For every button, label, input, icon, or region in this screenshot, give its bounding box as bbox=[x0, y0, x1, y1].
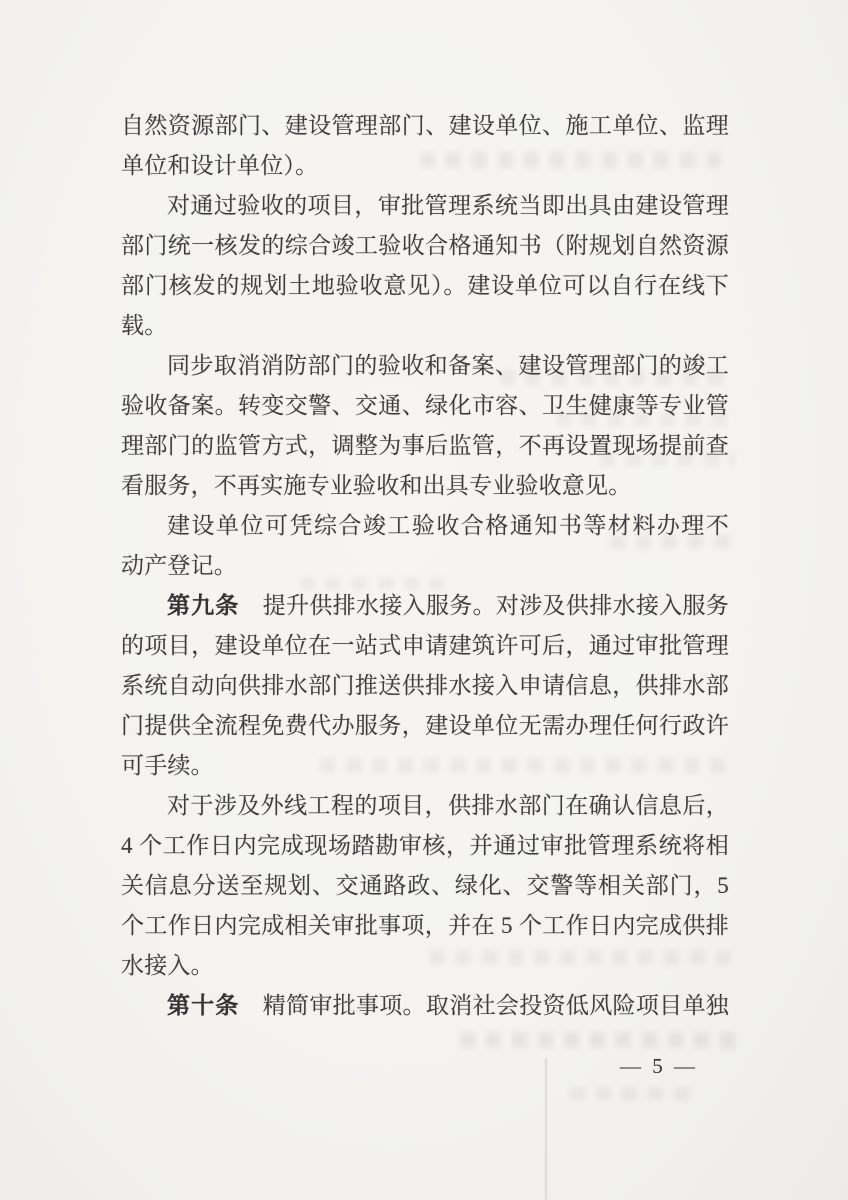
document-line: 同步取消消防部门的验收和备案、建设管理部门的竣工 bbox=[121, 346, 729, 386]
document-line: 载。 bbox=[121, 306, 729, 346]
document-line: 动产登记。 bbox=[121, 546, 729, 586]
scanned-document-page: 自然资源部门、建设管理部门、建设单位、施工单位、监理单位和设计单位）。对通过验收… bbox=[0, 0, 848, 1200]
document-line: 水接入。 bbox=[121, 946, 729, 986]
document-body: 自然资源部门、建设管理部门、建设单位、施工单位、监理单位和设计单位）。对通过验收… bbox=[121, 106, 729, 1026]
showthrough-smudge bbox=[570, 1087, 700, 1100]
document-line: 看服务，不再实施专业验收和出具专业验收意见。 bbox=[121, 466, 729, 506]
document-line: 验收备案。转变交警、交通、绿化市容、卫生健康等专业管 bbox=[121, 386, 729, 426]
document-line: 单位和设计单位）。 bbox=[121, 146, 729, 186]
document-line: 的项目，建设单位在一站式申请建筑许可后，通过审批管理 bbox=[121, 626, 729, 666]
scan-fold-artifact bbox=[545, 1058, 547, 1200]
page-number: — 5 — bbox=[598, 1051, 720, 1081]
document-line: 系统自动向供排水部门推送供排水接入申请信息，供排水部 bbox=[121, 666, 729, 706]
document-line: 第十条 精简审批事项。取消社会投资低风险项目单独 bbox=[121, 986, 729, 1026]
document-line: 对通过验收的项目，审批管理系统当即出具由建设管理 bbox=[121, 186, 729, 226]
article-number: 第十条 bbox=[167, 993, 239, 1019]
showthrough-smudge bbox=[460, 1032, 740, 1048]
document-line: 关信息分送至规划、交通路政、绿化、交警等相关部门，5 bbox=[121, 866, 729, 906]
document-line: 第九条 提升供排水接入服务。对涉及供排水接入服务 bbox=[121, 586, 729, 626]
document-line: 对于涉及外线工程的项目，供排水部门在确认信息后， bbox=[121, 786, 729, 826]
document-line: 建设单位可凭综合竣工验收合格通知书等材料办理不 bbox=[121, 506, 729, 546]
document-line: 门提供全流程免费代办服务，建设单位无需办理任何行政许 bbox=[121, 706, 729, 746]
document-line: 部门核发的规划土地验收意见）。建设单位可以自行在线下 bbox=[121, 266, 729, 306]
document-line: 可手续。 bbox=[121, 746, 729, 786]
document-line: 自然资源部门、建设管理部门、建设单位、施工单位、监理 bbox=[121, 106, 729, 146]
document-line: 个工作日内完成相关审批事项，并在 5 个工作日内完成供排 bbox=[121, 906, 729, 946]
article-number: 第九条 bbox=[167, 593, 239, 619]
document-line: 理部门的监管方式，调整为事后监管，不再设置现场提前查 bbox=[121, 426, 729, 466]
document-line: 部门统一核发的综合竣工验收合格通知书（附规划自然资源 bbox=[121, 226, 729, 266]
document-line: 4 个工作日内完成现场踏勘审核，并通过审批管理系统将相 bbox=[121, 826, 729, 866]
